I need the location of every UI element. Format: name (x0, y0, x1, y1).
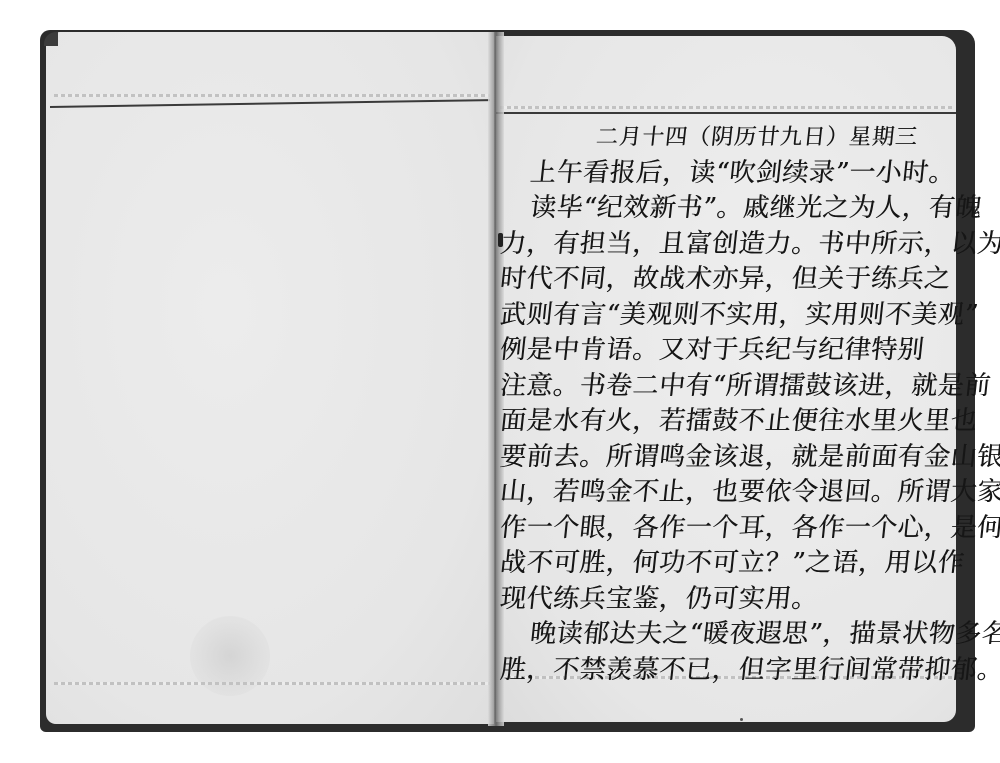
diary-line: 力，有担当，且富创造力。书中所示，以为照 (494, 227, 954, 263)
diary-date-heading: 二月十四（阴历廿九日）星期三 (494, 120, 954, 156)
stitch-line-top-right (500, 106, 952, 109)
diary-line: 现代练兵宝鉴，仍可实用。 (494, 582, 954, 618)
diary-line: 晚读郁达夫之“暖夜遐思”，描景状物多名 (494, 617, 954, 653)
diary-line: 读毕“纪效新书”。戚继光之为人，有魄 (494, 191, 954, 227)
diary-line: 时代不同，故战术亦异，但关于练兵之 (494, 262, 954, 298)
open-notebook: 二月十四（阴历廿九日）星期三 上午看报后，读“吹剑续录”一小时。 读毕“纪效新书… (40, 28, 975, 732)
diary-line: 注意。书卷二中有“所谓擂鼓该进，就是前 (494, 369, 954, 405)
left-page-blank (46, 32, 494, 724)
stitch-line-bottom-left (54, 682, 490, 685)
stitch-line-top-left (54, 94, 490, 97)
header-rule-right (496, 112, 956, 114)
diary-line: 上午看报后，读“吹剑续录”一小时。 (494, 156, 954, 192)
diary-line: 作一个眼，各作一个耳，各作一个心，是何 (494, 511, 954, 547)
diary-line: 山，若鸣金不止，也要依令退回。所谓大家各 (494, 475, 954, 511)
diary-line: 胜，不禁羡慕不已，但字里行间常带抑郁。 (494, 653, 954, 689)
diary-line: 武则有言“美观则不实用，实用则不美观” (494, 298, 954, 334)
diary-line: 要前去。所谓鸣金该退，就是前面有金山银 (494, 440, 954, 476)
diary-line: 例是中肯语。又对于兵纪与纪律特别 (494, 333, 954, 369)
paper-stain (190, 616, 270, 696)
diary-entry: 二月十四（阴历廿九日）星期三 上午看报后，读“吹剑续录”一小时。 读毕“纪效新书… (496, 120, 952, 688)
ink-speck (740, 718, 743, 721)
diary-line: 面是水有火，若擂鼓不止便往水里火里也 (494, 404, 954, 440)
diary-line: 战不可胜，何功不可立？”之语，用以作 (494, 546, 954, 582)
